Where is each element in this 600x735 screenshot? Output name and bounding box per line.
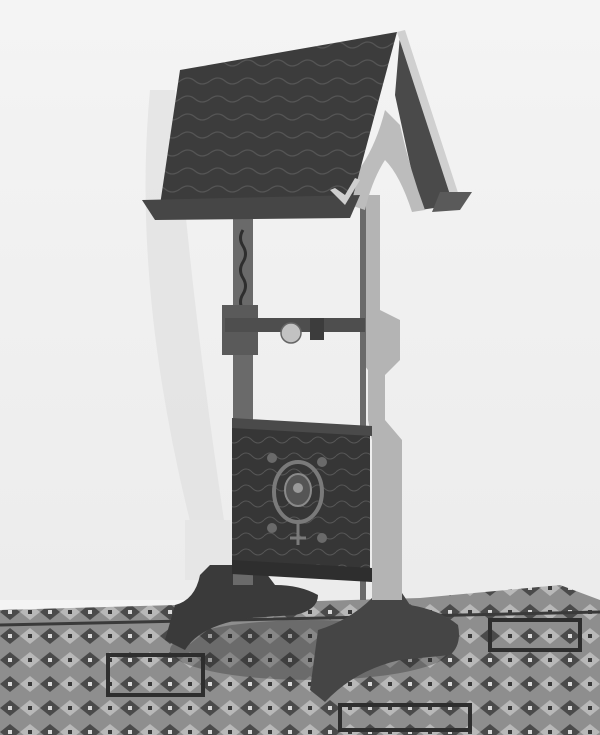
lectern-photograph	[0, 0, 600, 735]
crossbar-knob	[281, 323, 301, 343]
photo-canvas	[0, 0, 600, 735]
crossbar-clamp	[310, 318, 324, 340]
